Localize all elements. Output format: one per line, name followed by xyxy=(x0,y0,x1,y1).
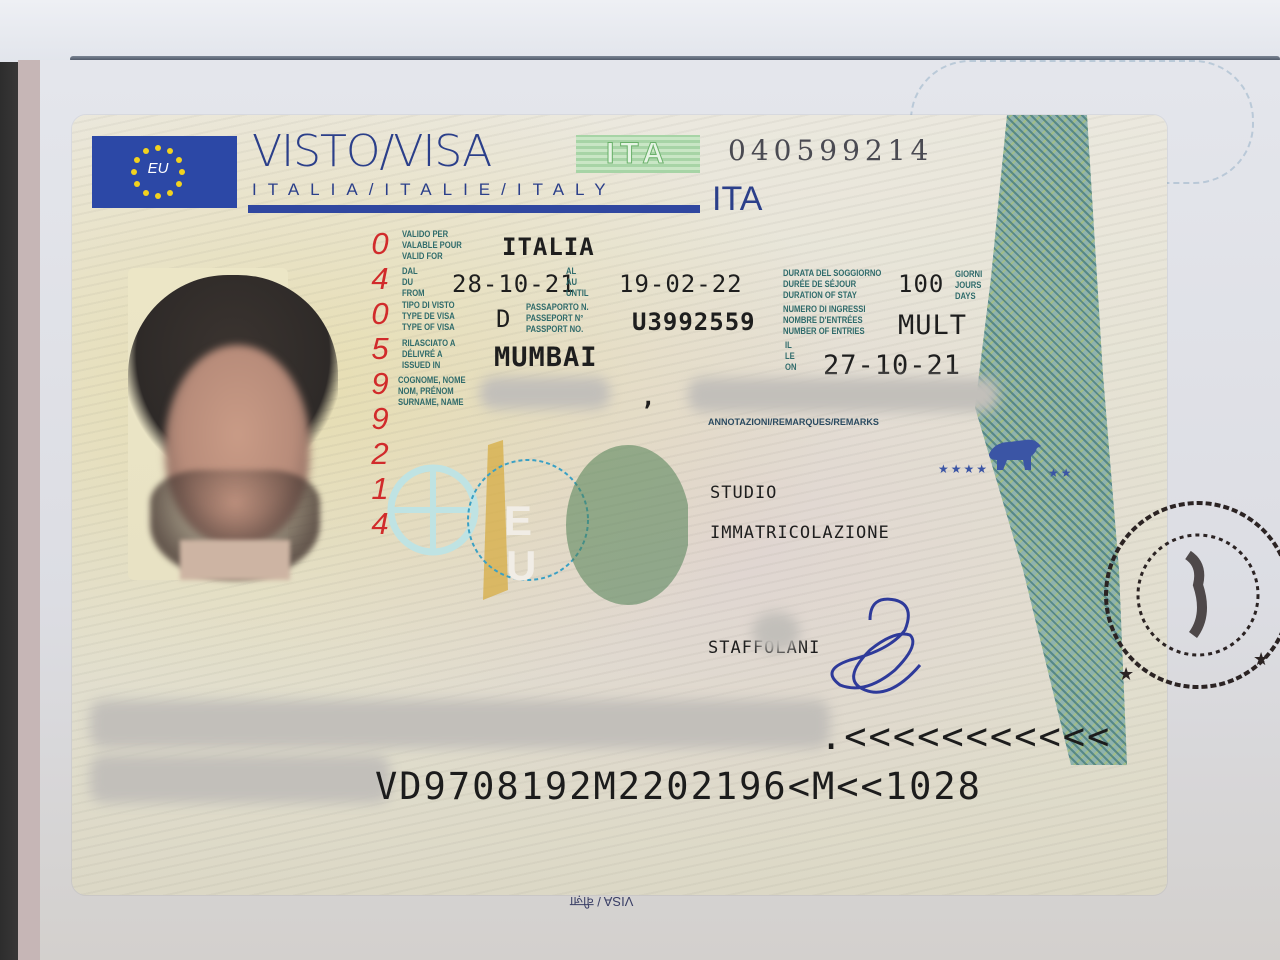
label-until: ALAUUNTIL xyxy=(566,266,589,299)
country-badge: ITA xyxy=(576,135,700,173)
mrz-line-2-redacted xyxy=(90,755,390,803)
value-issued-in: MUMBAI xyxy=(494,342,598,373)
svg-text:★: ★ xyxy=(1118,664,1134,684)
svg-text:E: E xyxy=(504,497,532,544)
label-valid-for: VALIDO PERVALABLE POURVALID FOR xyxy=(402,229,462,262)
value-type-of-visa: D xyxy=(496,305,511,333)
mrz-line-1-redacted xyxy=(90,700,830,748)
mrz-line-2: VD9708192M2202196<M<<1028 xyxy=(375,765,982,808)
remarks-line-2: IMMATRICOLAZIONE xyxy=(710,523,890,543)
label-passport-no: PASSAPORTO N.PASSEPORT N°PASSPORT No. xyxy=(526,302,589,335)
eu-flag-label: EU xyxy=(92,160,224,177)
visa-title: VISTO/VISA xyxy=(252,126,491,177)
photo-neck xyxy=(180,540,290,580)
eu-flag-icon: EU xyxy=(92,136,237,208)
stars-right-icon: ★★ xyxy=(1048,466,1074,480)
value-passport-no: U3992559 xyxy=(632,308,756,336)
remarks-line-1: STUDIO xyxy=(710,483,777,503)
name-redacted-given xyxy=(688,378,998,412)
country-code: ITA xyxy=(712,180,762,219)
microprint-line xyxy=(248,205,700,213)
bull-emblem-icon xyxy=(985,432,1045,474)
remarks-label: ANNOTAZIONI/REMARQUES/REMARKS xyxy=(708,417,879,427)
label-entries: NUMERO DI INGRESSINOMBRE D'ENTRÉESNUMBER… xyxy=(783,304,865,337)
svg-text:U: U xyxy=(506,542,536,589)
officer-name-redacted xyxy=(752,612,800,652)
label-duration-unit: GIORNIJOURSDAYS xyxy=(955,269,982,302)
value-issued-on: 27-10-21 xyxy=(823,350,961,381)
label-duration: DURATA DEL SOGGIORNODURÉE DE SÉJOURDURAT… xyxy=(783,268,881,301)
label-issued-on: ILLEON xyxy=(785,340,796,373)
signature xyxy=(810,590,950,700)
passport-page-footer: VISA / वीज़ा xyxy=(570,893,633,911)
stars-left-icon: ★★★★ xyxy=(938,462,989,476)
consulate-stamp-icon: ★ ★ xyxy=(1078,475,1280,715)
label-from: DALDUFROM xyxy=(402,266,425,299)
visa-number: 040599214 xyxy=(728,134,933,167)
svg-text:★: ★ xyxy=(1253,649,1269,669)
mrz-line-1: .<<<<<<<<<<< xyxy=(820,715,1111,758)
name-separator: , xyxy=(641,383,656,411)
label-type-of-visa: TIPO DI VISTOTYPE DE VISATYPE OF VISA xyxy=(402,300,455,333)
hologram-icon: E U xyxy=(378,440,688,620)
value-from: 28-10-21 xyxy=(452,270,576,298)
value-valid-for: ITALIA xyxy=(502,233,595,261)
value-duration: 100 xyxy=(898,270,944,298)
passport-facing-page xyxy=(0,0,1280,62)
name-redacted-surname xyxy=(480,377,610,409)
visa-subtitle: ITALIA/ITALIE/ITALY xyxy=(252,180,617,200)
value-until: 19-02-22 xyxy=(619,270,743,298)
value-entries: MULT xyxy=(898,310,967,341)
label-name: COGNOME, NOMENOM, PRÉNOMSURNAME, NAME xyxy=(398,375,466,408)
label-issued-in: RILASCIATO ADÉLIVRÉ AISSUED IN xyxy=(402,338,455,371)
